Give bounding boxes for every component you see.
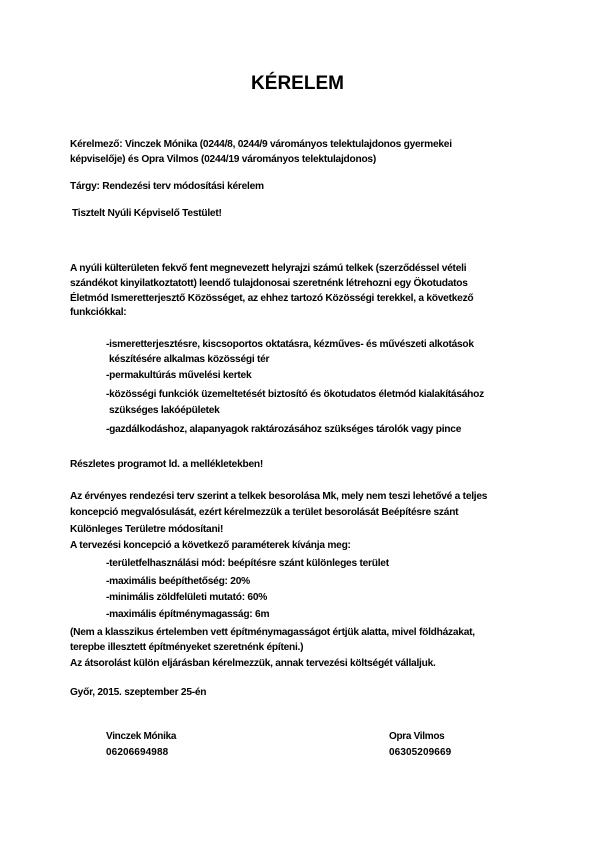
subject-label: Tárgy: [70, 181, 100, 192]
applicant-label: Kérelmező: [70, 139, 122, 150]
parameter-max-coverage: -maximális beépíthetőség: 20% [106, 576, 250, 588]
function-item-4: -gazdálkodáshoz, alapanyagok raktározásá… [106, 424, 461, 436]
parameter-land-use: -területfelhasználási mód: beépítésre sz… [106, 558, 389, 570]
document-title: KÉRELEM [0, 73, 595, 95]
intro-line-3: Életmód Ismeretterjesztő Közösséget, az … [70, 293, 473, 305]
intro-line-1: A nyúli külterületen fekvő fent megnevez… [70, 263, 466, 275]
intro-text: , az ehhez tartozó [242, 293, 325, 304]
function-item-1-cont: készítésére alkalmas közösségi tér [109, 354, 269, 366]
zoning-line-3: Különleges Területre módosítani! [70, 524, 223, 536]
document-page: KÉRELEM Kérelmező: Vinczek Mónika (0244/… [0, 0, 595, 842]
zoning-line-1: Az érvényes rendezési terv szerint a tel… [70, 491, 487, 503]
place-date: Győr, 2015. szeptember 25-én [70, 687, 206, 699]
intro-text: szándékot kinyilatkoztatott) leendő tula… [70, 278, 414, 289]
intro-text: , a következő [413, 293, 473, 304]
signatory-phone-1: 06206694988 [106, 747, 168, 759]
note-line-1: (Nem a klasszikus értelemben vett építmé… [70, 627, 475, 639]
applicant-line-1: Kérelmező: Vinczek Mónika (0244/8, 0244/… [70, 139, 452, 151]
parameter-max-height: -maximális építménymagasság: 6m [106, 609, 269, 621]
details-note: Részletes programot ld. a mellékletekben… [70, 459, 263, 471]
subject-text: Rendezési terv módosítási kérelem [100, 181, 264, 192]
signatory-name-1: Vinczek Mónika [106, 731, 176, 743]
intro-highlight: Ökotudatos [414, 278, 468, 289]
intro-line-4: funkciókkal: [70, 307, 126, 319]
parameter-min-green: -minimális zöldfelületi mutató: 60% [106, 592, 267, 604]
salutation: Tisztelt Nyúli Képviselő Testület! [72, 208, 222, 220]
function-item-3: -közösségi funkciók üzemeltetését biztos… [106, 389, 484, 401]
subject-line: Tárgy: Rendezési terv módosítási kérelem [70, 181, 264, 193]
note-line-3: Az átsorolást külön eljárásban kérelmezz… [70, 658, 436, 670]
zoning-text: koncepció megvalósulását, ezért kérelmez… [70, 507, 324, 518]
community-name: Életmód Ismeretterjesztő Közösséget [70, 293, 242, 304]
function-item-2: -permakultúrás művelési kertek [106, 370, 251, 382]
zoning-request: besorolását Beépítésre szánt [324, 507, 458, 518]
function-item-1: -ismeretterjesztésre, kiscsoportos oktat… [106, 339, 474, 351]
signatory-phone-2: 06305209669 [389, 747, 451, 759]
note-line-2: terepbe illesztett építményeket szeretné… [70, 642, 303, 654]
signatory-name-2: Opra Vilmos [389, 731, 444, 743]
community-spaces: Közösségi terekkel [325, 293, 413, 304]
function-item-3-cont: szükséges lakóépületek [109, 405, 220, 417]
applicant-line-2: képviselője) és Opra Vilmos (0244/19 vár… [70, 154, 376, 166]
intro-line-2: szándékot kinyilatkoztatott) leendő tula… [70, 278, 468, 290]
applicant-text: Vinczek Mónika (0244/8, 0244/9 várományo… [122, 139, 451, 150]
zoning-line-2: koncepció megvalósulását, ezért kérelmez… [70, 507, 458, 519]
zoning-line-4: A tervezési koncepció a következő paramé… [70, 540, 351, 552]
